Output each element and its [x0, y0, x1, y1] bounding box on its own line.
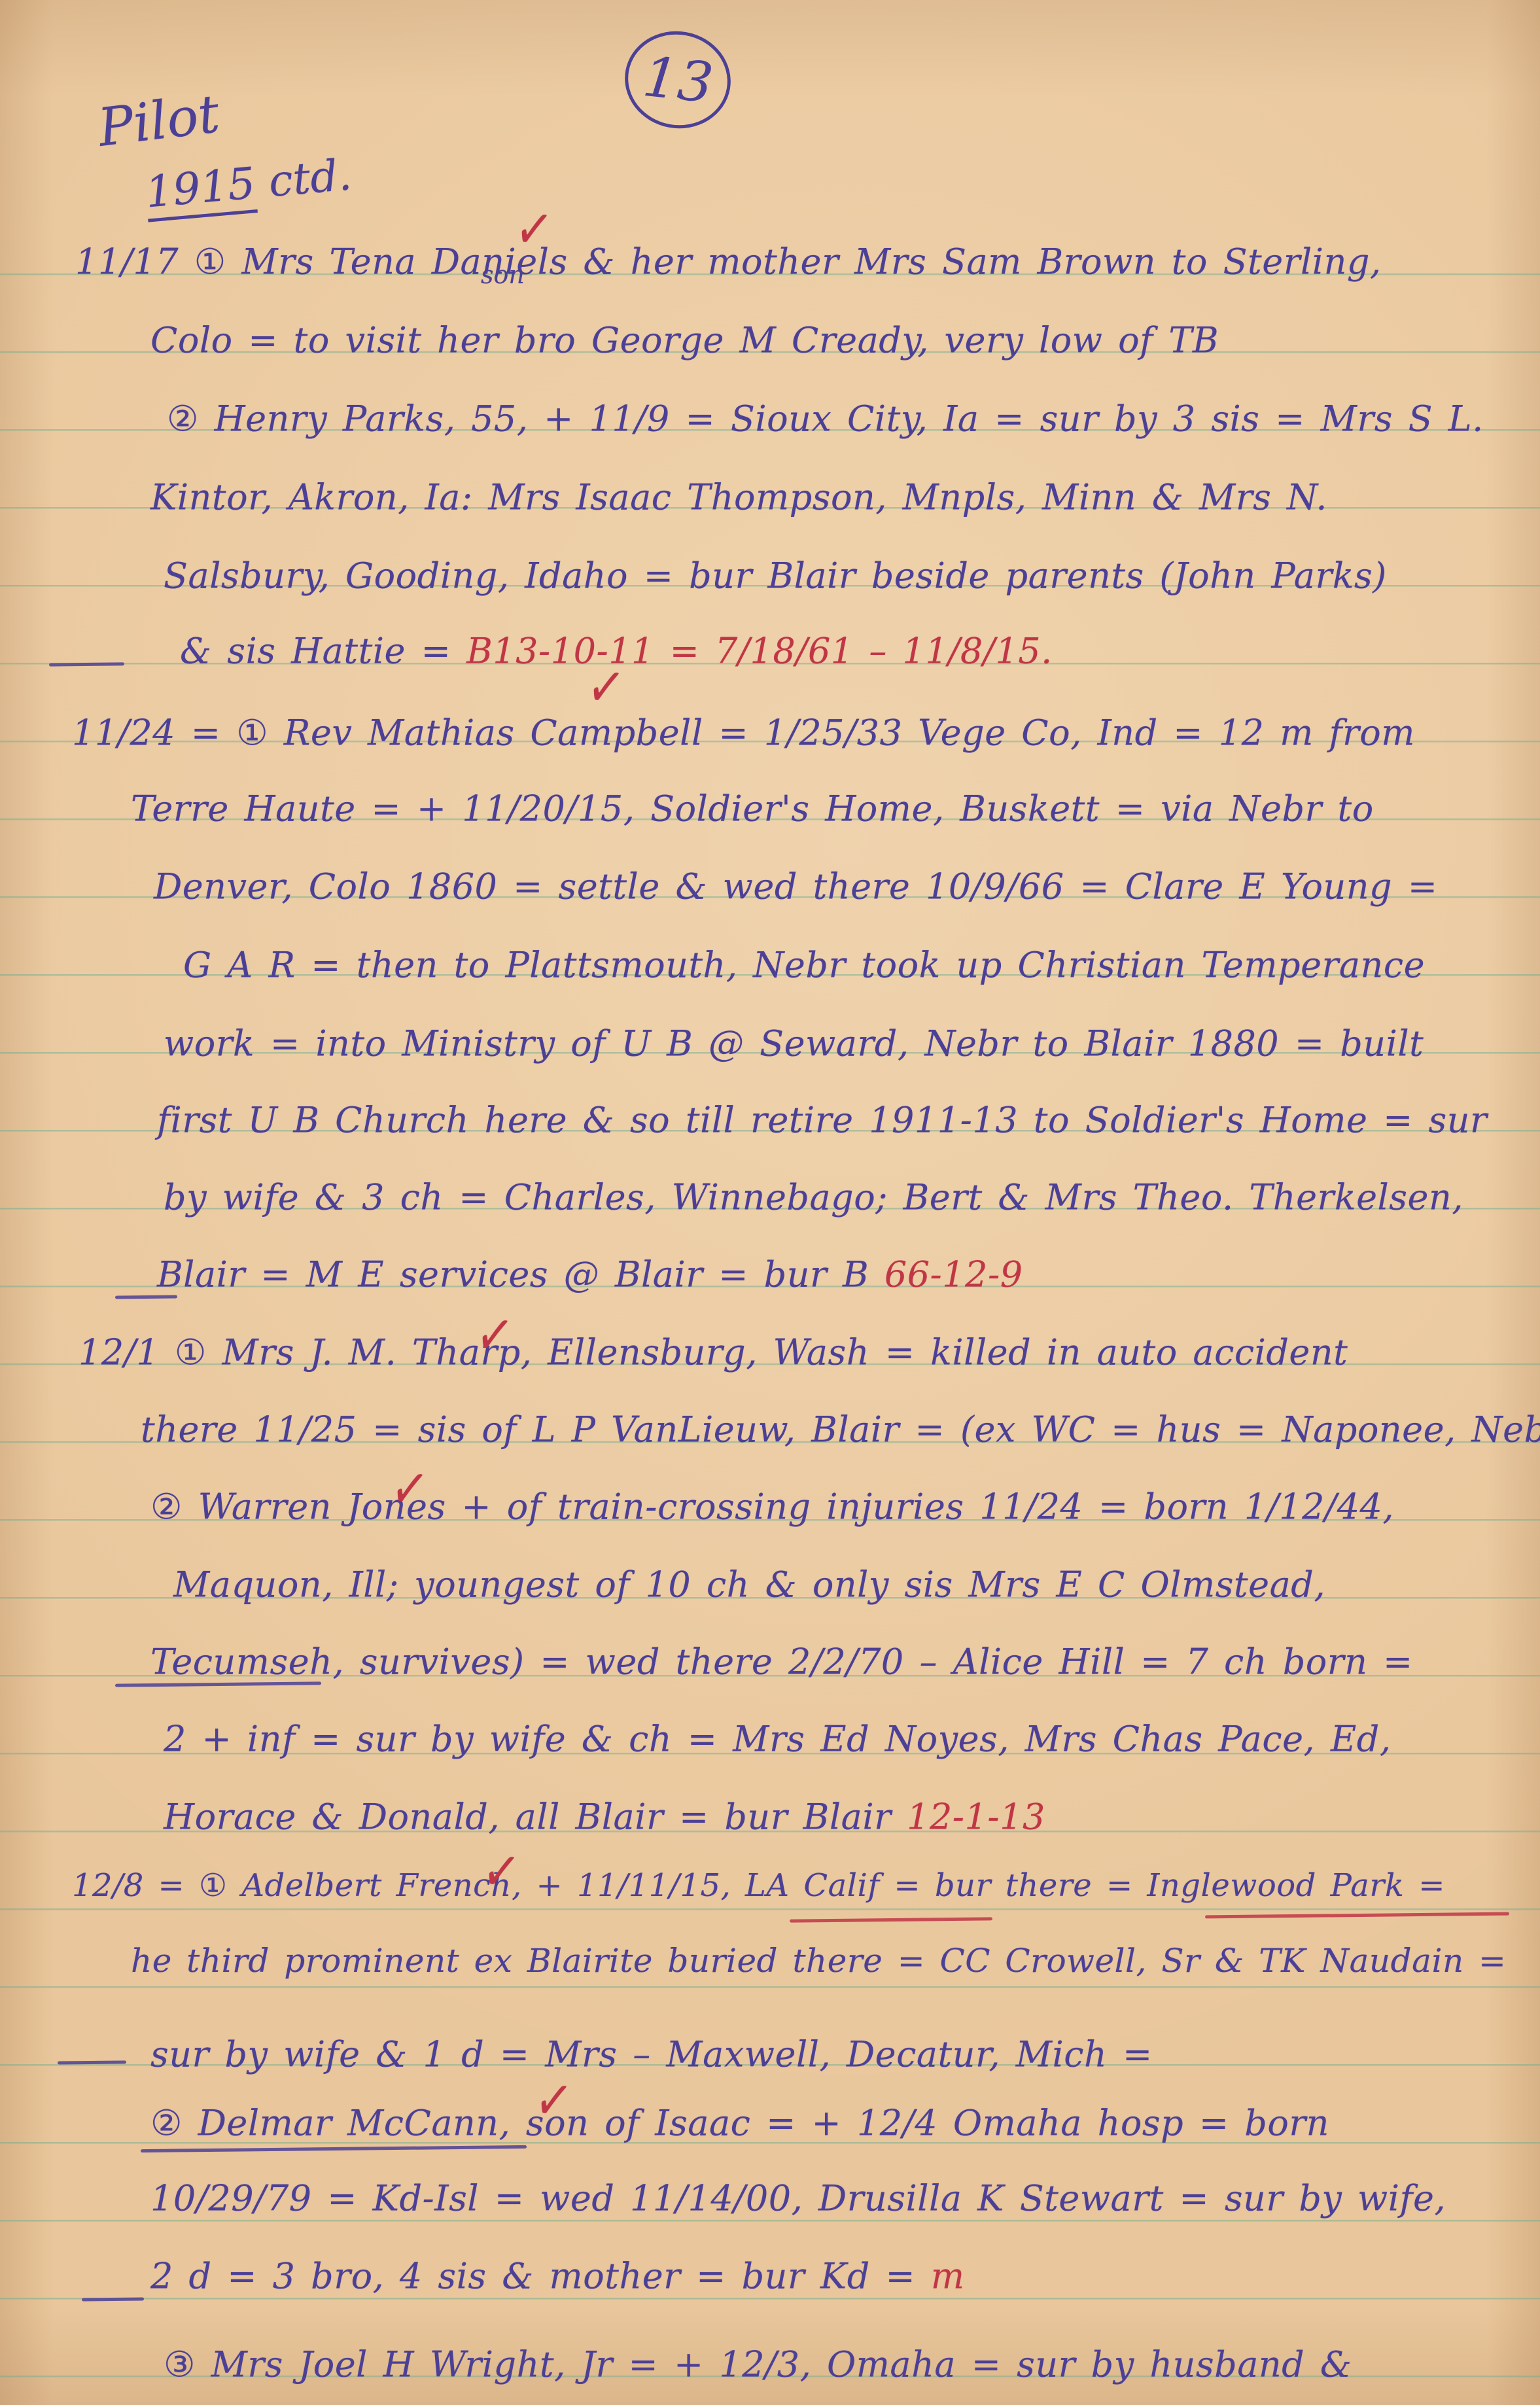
- text-segment: 12/1 ① Mrs J. M. Tharp, Ellensburg, Wash…: [79, 1331, 1348, 1373]
- page-title: Pilot: [95, 83, 222, 158]
- handwritten-line: Blair = M E services @ Blair = bur B 66-…: [157, 1255, 1023, 1294]
- handwritten-line: 2 + inf = sur by wife & ch = Mrs Ed Noye…: [164, 1719, 1391, 1759]
- handwritten-line: 10/29/79 = Kd-Isl = wed 11/14/00, Drusil…: [150, 2179, 1446, 2218]
- handwritten-line: ② Warren Jones + of train-crossing injur…: [150, 1487, 1394, 1526]
- handwritten-line: 2 d = 3 bro, 4 sis & mother = bur Kd = m: [150, 2256, 965, 2296]
- handwritten-line: work = into Ministry of U B @ Seward, Ne…: [164, 1024, 1424, 1063]
- text-segment: Colo = to visit her bro George M Cready,…: [150, 319, 1219, 360]
- text-segment: ② Delmar McCann, son of Isaac = + 12/4 O…: [150, 2102, 1329, 2143]
- text-segment: Horace & Donald, all Blair = bur Blair: [164, 1796, 907, 1837]
- text-segment: Denver, Colo 1860 = settle & wed there 1…: [154, 866, 1438, 907]
- handwritten-line: 11/17 ① Mrs Tena Daniels & her mother Mr…: [75, 242, 1382, 281]
- handwritten-line: sur by wife & 1 d = Mrs – Maxwell, Decat…: [150, 2035, 1153, 2074]
- handwritten-line: by wife & 3 ch = Charles, Winnebago; Ber…: [164, 1178, 1463, 1217]
- text-segment: he third prominent ex Blairite buried th…: [131, 1942, 1506, 1980]
- handwritten-line: 12/1 ① Mrs J. M. Tharp, Ellensburg, Wash…: [79, 1333, 1348, 1372]
- text-segment: Salsbury, Gooding, Idaho = bur Blair bes…: [164, 555, 1387, 596]
- page-subtitle: 1915 ctd.: [143, 149, 353, 217]
- handwritten-line: G A R = then to Plattsmouth, Nebr took u…: [183, 945, 1425, 985]
- text-segment: Maquon, Ill; youngest of 10 ch & only si…: [173, 1564, 1325, 1605]
- page-number: 13: [640, 44, 716, 116]
- text-segment: ③ Mrs Joel H Wright, Jr = + 12/3, Omaha …: [164, 2344, 1352, 2385]
- text-segment: Blair = M E services @ Blair = bur B: [157, 1254, 884, 1295]
- handwritten-line: Colo = to visit her bro George M Cready,…: [150, 321, 1219, 360]
- text-segment: Terre Haute = + 11/20/15, Soldier's Home…: [131, 788, 1374, 829]
- text-segment: ② Warren Jones + of train-crossing injur…: [150, 1486, 1394, 1527]
- handwritten-line: Tecumseh, survives) = wed there 2/2/70 –…: [150, 1642, 1413, 1681]
- subtitle-year: 1915: [143, 158, 258, 222]
- text-segment: 11/24 = ① Rev Mathias Campbell = 1/25/33…: [72, 712, 1415, 753]
- text-segment: G A R = then to Plattsmouth, Nebr took u…: [183, 944, 1425, 985]
- handwritten-line: Terre Haute = + 11/20/15, Soldier's Home…: [131, 789, 1374, 828]
- text-segment: 10/29/79 = Kd-Isl = wed 11/14/00, Drusil…: [150, 2177, 1446, 2219]
- handwritten-line: first U B Church here & so till retire 1…: [157, 1100, 1487, 1140]
- text-segment: ② Henry Parks, 55, + 11/9 = Sioux City, …: [167, 398, 1484, 439]
- text-segment: first U B Church here & so till retire 1…: [157, 1099, 1487, 1140]
- text-segment: 7/18/61 – 11/8/15.: [715, 630, 1053, 671]
- text-segment: 2 + inf = sur by wife & ch = Mrs Ed Noye…: [164, 1718, 1391, 1759]
- handwritten-line: ② Henry Parks, 55, + 11/9 = Sioux City, …: [167, 399, 1484, 438]
- text-segment: & sis Hattie =: [180, 630, 466, 671]
- handwritten-line: Kintor, Akron, Ia: Mrs Isaac Thompson, M…: [150, 478, 1327, 517]
- handwritten-line: 11/24 = ① Rev Mathias Campbell = 1/25/33…: [72, 713, 1415, 752]
- text-segment: 2 d = 3 bro, 4 sis & mother = bur Kd =: [150, 2255, 931, 2296]
- handwritten-line: he third prominent ex Blairite buried th…: [131, 1942, 1506, 1979]
- page-number-circle: 13: [617, 23, 738, 137]
- text-segment: 11/17 ① Mrs Tena Daniels & her mother Mr…: [75, 241, 1382, 282]
- document-page: Pilot 1915 ctd. 13 son 11/17 ① Mrs Tena …: [0, 0, 1540, 2405]
- handwritten-line: ③ Mrs Joel H Wright, Jr = + 12/3, Omaha …: [164, 2345, 1352, 2384]
- handwritten-line: 12/8 = ① Adelbert French, + 11/11/15, LA…: [72, 1869, 1445, 1904]
- text-segment: Tecumseh, survives) = wed there 2/2/70 –…: [150, 1641, 1413, 1682]
- ink-underline-stroke: [115, 1295, 177, 1299]
- handwritten-line: Salsbury, Gooding, Idaho = bur Blair bes…: [164, 556, 1387, 595]
- text-segment: 66-12-9: [884, 1254, 1023, 1295]
- subtitle-rest: ctd.: [253, 149, 354, 208]
- handwritten-line: Denver, Colo 1860 = settle & wed there 1…: [154, 867, 1438, 906]
- text-segment: Kintor, Akron, Ia: Mrs Isaac Thompson, M…: [150, 476, 1327, 518]
- text-segment: by wife & 3 ch = Charles, Winnebago; Ber…: [164, 1176, 1463, 1218]
- text-segment: there 11/25 = sis of L P VanLieuw, Blair…: [141, 1409, 1540, 1450]
- handwritten-line: Horace & Donald, all Blair = bur Blair 1…: [164, 1797, 1045, 1836]
- text-segment: sur by wife & 1 d = Mrs – Maxwell, Decat…: [150, 2033, 1153, 2075]
- text-segment: 12-1-13: [907, 1796, 1045, 1837]
- text-segment: m: [931, 2255, 965, 2296]
- handwritten-line: Maquon, Ill; youngest of 10 ch & only si…: [173, 1565, 1325, 1604]
- ink-underline-stroke: [82, 2298, 144, 2302]
- handwritten-line: ② Delmar McCann, son of Isaac = + 12/4 O…: [150, 2103, 1329, 2143]
- handwritten-line: there 11/25 = sis of L P VanLieuw, Blair…: [141, 1410, 1540, 1449]
- text-segment: 12/8 = ① Adelbert French, + 11/11/15, LA…: [72, 1867, 1445, 1904]
- text-segment: work = into Ministry of U B @ Seward, Ne…: [164, 1023, 1424, 1064]
